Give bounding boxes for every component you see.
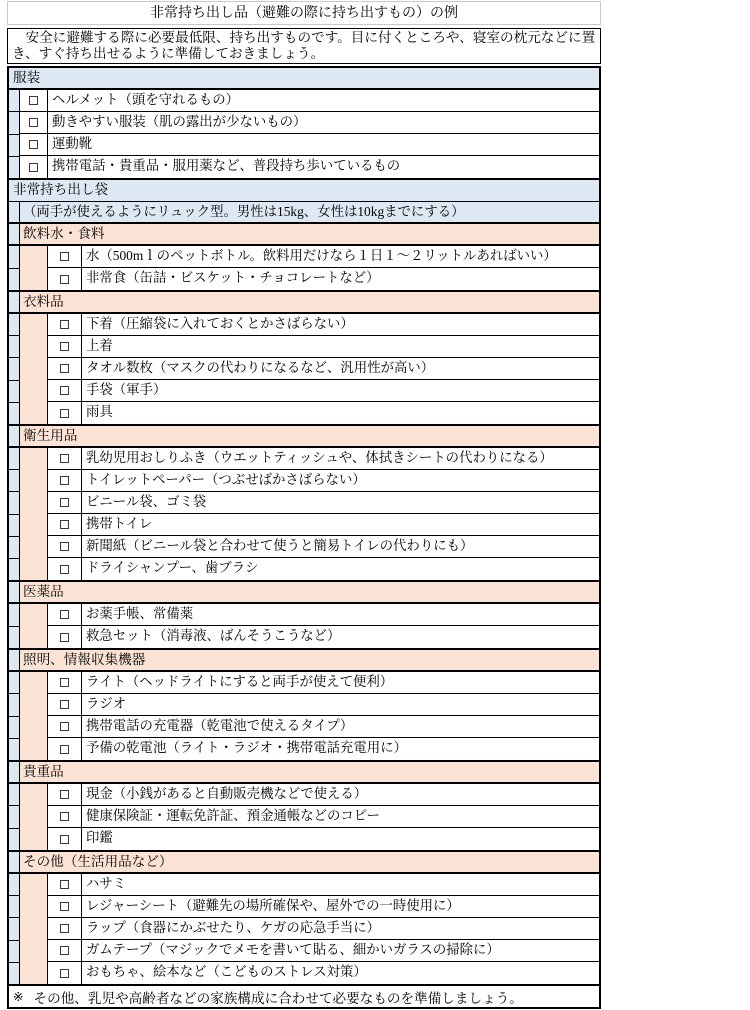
checklist-item-row: 新聞紙（ビニール袋と合わせて使うと簡易トイレの代わりにも） <box>48 536 599 558</box>
checkbox-cell <box>48 896 82 917</box>
checkbox-cell <box>20 156 48 178</box>
checkbox-cell <box>48 492 82 513</box>
strip-segment <box>9 112 19 134</box>
checklist-item-row: トイレットペーパー（つぶせばかさばらない） <box>48 470 599 492</box>
subsection-header: 飲料水・食料 <box>9 224 599 246</box>
checklist-item-row: 雨具 <box>48 402 599 424</box>
subsection-color-strip <box>20 874 48 984</box>
checklist-item-row: ラップ（食器にかぶせたり、ケガの応急手当に） <box>48 918 599 940</box>
checkbox-cell <box>48 314 82 335</box>
checklist-item-row: おもちゃ、絵本など（こどものストレス対策） <box>48 962 599 984</box>
item-label: 携帯電話・貴重品・服用薬など、普段持ち歩いているもの <box>48 156 599 178</box>
checklist-item-row: レジャーシート（避難先の場所確保や、屋外での一時使用に） <box>48 896 599 918</box>
section-color-strip <box>9 314 20 424</box>
strip-segment <box>9 717 19 739</box>
subsection-header: 医薬品 <box>9 582 599 604</box>
item-label: 非常食（缶詰・ビスケット・チョコレートなど） <box>82 268 599 290</box>
checkbox-cell <box>48 380 82 401</box>
strip-segment <box>9 314 19 336</box>
checklist-item-row: ラジオ <box>48 694 599 716</box>
checkbox-cell <box>48 448 82 469</box>
checklist-item-row: ガムテープ（マジックでメモを書いて貼る、細かいガラスの掃除に） <box>48 940 599 962</box>
section-items-block: ヘルメット（頭を守れるもの）動きやすい服装（肌の露出が少ないもの）運動靴携帯電話… <box>9 90 599 180</box>
checkbox-cell <box>48 716 82 737</box>
subsection-label: 貴重品 <box>20 762 599 782</box>
item-rows: 乳幼児用おしりふき（ウエットティッシュや、体拭きシートの代わりになる）トイレット… <box>48 448 599 580</box>
strip-segment <box>9 157 19 178</box>
item-label: 下着（圧縮袋に入れておくとかさばらない） <box>82 314 599 335</box>
checkbox-cell <box>48 626 82 648</box>
strip-segment <box>9 604 19 627</box>
strip-segment <box>9 336 19 358</box>
checkbox-icon[interactable] <box>60 320 69 329</box>
section-color-strip <box>9 762 20 782</box>
item-label: レジャーシート（避難先の場所確保や、屋外での一時使用に） <box>82 896 599 917</box>
section-note-text: （両手が使えるようにリュック型。男性は15kg、女性は10kgまでにする） <box>20 202 599 222</box>
checkbox-icon[interactable] <box>60 498 69 507</box>
document-page: 非常持ち出し品（避難の際に持ち出すもの）の例 安全に避難する際に必要最低限、持ち… <box>7 1 601 1009</box>
footnote-marker-icon: ※ <box>13 989 23 1005</box>
checkbox-icon[interactable] <box>60 969 69 978</box>
item-rows: お薬手帳、常備薬救急セット（消毒液、ばんそうこうなど） <box>48 604 599 648</box>
checklist-item-row: 携帯電話・貴重品・服用薬など、普段持ち歩いているもの <box>20 156 599 178</box>
subsection-color-strip <box>20 448 48 580</box>
strip-segment <box>9 672 19 694</box>
strip-segment <box>9 739 19 760</box>
item-label: 水（500mｌのペットボトル。飲料用だけなら１日１～２リットルあればいい） <box>82 246 599 267</box>
checklist-item-row: ヘルメット（頭を守れるもの） <box>20 90 599 112</box>
strip-segment <box>9 381 19 403</box>
section-color-strip <box>9 224 20 244</box>
checklist-item-row: ハサミ <box>48 874 599 896</box>
subsection-header: 貴重品 <box>9 762 599 784</box>
item-label: 新聞紙（ビニール袋と合わせて使うと簡易トイレの代わりにも） <box>82 536 599 557</box>
checkbox-icon[interactable] <box>60 610 69 619</box>
section-color-strip <box>9 292 20 312</box>
section-color-strip <box>9 784 20 850</box>
checkbox-icon[interactable] <box>29 118 38 127</box>
item-label: ビニール袋、ゴミ袋 <box>82 492 599 513</box>
subsection-items-block: ハサミレジャーシート（避難先の場所確保や、屋外での一時使用に）ラップ（食器にかぶ… <box>9 874 599 984</box>
checklist-item-row: 携帯電話の充電器（乾電池で使えるタイプ） <box>48 716 599 738</box>
checkbox-cell <box>20 90 48 111</box>
subsection-color-strip <box>20 672 48 760</box>
subsection-label: 医薬品 <box>20 582 599 602</box>
strip-segment <box>9 515 19 537</box>
checklist-item-row: 手袋（軍手） <box>48 380 599 402</box>
item-label: ハサミ <box>82 874 599 895</box>
checklist-item-row: ドライシャンプー、歯ブラシ <box>48 558 599 580</box>
checkbox-icon[interactable] <box>29 96 38 105</box>
subsection-color-strip <box>20 246 48 290</box>
subsection-label: 衛生用品 <box>20 426 599 446</box>
checkbox-cell <box>48 806 82 827</box>
checklist-item-row: 下着（圧縮袋に入れておくとかさばらない） <box>48 314 599 336</box>
checkbox-icon[interactable] <box>60 924 69 933</box>
item-label: ラップ（食器にかぶせたり、ケガの応急手当に） <box>82 918 599 939</box>
item-label: 印鑑 <box>82 828 599 850</box>
item-label: ガムテープ（マジックでメモを書いて貼る、細かいガラスの掃除に） <box>82 940 599 961</box>
item-label: 健康保険証・運転免許証、預金通帳などのコピー <box>82 806 599 827</box>
checklist-item-row: お薬手帳、常備薬 <box>48 604 599 626</box>
subsection-items-block: ライト（ヘッドライトにすると両手が使えて便利）ラジオ携帯電話の充電器（乾電池で使… <box>9 672 599 762</box>
checkbox-cell <box>48 246 82 267</box>
checkbox-cell <box>48 784 82 805</box>
checkbox-cell <box>48 558 82 580</box>
subsection-items-block: 下着（圧縮袋に入れておくとかさばらない）上着タオル数枚（マスクの代わりになるなど… <box>9 314 599 426</box>
strip-segment <box>9 829 19 850</box>
strip-segment <box>9 874 19 896</box>
checkbox-icon[interactable] <box>60 700 69 709</box>
strip-segment <box>9 492 19 514</box>
checklist-item-row: 予備の乾電池（ライト・ラジオ・携帯電話充電用に） <box>48 738 599 760</box>
checkbox-icon[interactable] <box>60 364 69 373</box>
checklist-item-row: タオル数枚（マスクの代わりになるなど、汎用性が高い） <box>48 358 599 380</box>
checkbox-icon[interactable] <box>60 342 69 351</box>
checkbox-icon[interactable] <box>29 140 38 149</box>
item-label: ドライシャンプー、歯ブラシ <box>82 558 599 580</box>
checkbox-cell <box>48 874 82 895</box>
strip-segment <box>9 537 19 559</box>
subsection-label: その他（生活用品など） <box>20 852 599 872</box>
strip-segment <box>9 403 19 424</box>
strip-segment <box>9 941 19 963</box>
section-color-strip <box>9 426 20 446</box>
section-color-strip <box>9 604 20 648</box>
checklist-item-row: 救急セット（消毒液、ばんそうこうなど） <box>48 626 599 648</box>
item-rows: 水（500mｌのペットボトル。飲料用だけなら１日１～２リットルあればいい）非常食… <box>48 246 599 290</box>
subsection-label: 照明、情報収集機器 <box>20 650 599 670</box>
footnote-text: その他、乳児や高齢者などの家族構成に合わせて必要なものを準備しましょう。 <box>33 987 522 1007</box>
checklist-item-row: ビニール袋、ゴミ袋 <box>48 492 599 514</box>
item-label: 動きやすい服装（肌の露出が少ないもの） <box>48 112 599 133</box>
strip-segment <box>9 90 19 112</box>
item-label: 手袋（軍手） <box>82 380 599 401</box>
subsection-header: 照明、情報収集機器 <box>9 650 599 672</box>
item-label: 上着 <box>82 336 599 357</box>
strip-segment <box>9 963 19 984</box>
checklist-item-row: 乳幼児用おしりふき（ウエットティッシュや、体拭きシートの代わりになる） <box>48 448 599 470</box>
checklist-item-row: 現金（小銭があると自動販売機などで使える） <box>48 784 599 806</box>
checklist-item-row: 非常食（缶詰・ビスケット・チョコレートなど） <box>48 268 599 290</box>
subsection-items-block: 水（500mｌのペットボトル。飲料用だけなら１日１～２リットルあればいい）非常食… <box>9 246 599 292</box>
checkbox-cell <box>48 470 82 491</box>
subsection-header: 衣料品 <box>9 292 599 314</box>
checklist-item-row: 上着 <box>48 336 599 358</box>
strip-segment <box>9 448 19 470</box>
checkbox-icon[interactable] <box>60 565 69 574</box>
item-label: 救急セット（消毒液、ばんそうこうなど） <box>82 626 599 648</box>
strip-segment <box>9 135 19 157</box>
item-label: 乳幼児用おしりふき（ウエットティッシュや、体拭きシートの代わりになる） <box>82 448 599 469</box>
section-color-strip <box>9 582 20 602</box>
checkbox-cell <box>48 828 82 850</box>
checkbox-icon[interactable] <box>60 946 69 955</box>
checkbox-cell <box>48 536 82 557</box>
checklist-item-row: 水（500mｌのペットボトル。飲料用だけなら１日１～２リットルあればいい） <box>48 246 599 268</box>
section-color-strip <box>9 874 20 984</box>
checkbox-icon[interactable] <box>60 542 69 551</box>
checklist-item-row: 運動靴 <box>20 134 599 156</box>
item-label: 携帯電話の充電器（乾電池で使えるタイプ） <box>82 716 599 737</box>
strip-segment <box>9 627 19 649</box>
item-label: 雨具 <box>82 402 599 424</box>
item-rows: ハサミレジャーシート（避難先の場所確保や、屋外での一時使用に）ラップ（食器にかぶ… <box>48 874 599 984</box>
strip-segment <box>9 918 19 940</box>
strip-segment <box>9 358 19 380</box>
item-label: ヘルメット（頭を守れるもの） <box>48 90 599 111</box>
checkbox-icon[interactable] <box>60 880 69 889</box>
strip-segment <box>9 470 19 492</box>
subsection-color-strip <box>20 314 48 424</box>
checkbox-icon[interactable] <box>29 163 38 172</box>
subsection-label: 飲料水・食料 <box>20 224 599 244</box>
subsection-label: 衣料品 <box>20 292 599 312</box>
item-label: ラジオ <box>82 694 599 715</box>
checkbox-cell <box>48 962 82 984</box>
checkbox-icon[interactable] <box>60 722 69 731</box>
page-title: 非常持ち出し品（避難の際に持ち出すもの）の例 <box>7 1 601 25</box>
checkbox-icon[interactable] <box>60 454 69 463</box>
checkbox-cell <box>48 940 82 961</box>
item-label: 予備の乾電池（ライト・ラジオ・携帯電話充電用に） <box>82 738 599 760</box>
strip-segment <box>9 269 19 291</box>
description-box: 安全に避難する際に必要最低限、持ち出すものです。目に付くところや、寝室の枕元など… <box>7 28 601 64</box>
checkbox-icon[interactable] <box>60 835 69 844</box>
item-label: ライト（ヘッドライトにすると両手が使えて便利） <box>82 672 599 693</box>
section-header: 服装 <box>9 68 599 90</box>
checkbox-icon[interactable] <box>60 520 69 529</box>
checkbox-icon[interactable] <box>60 275 69 284</box>
subsection-items-block: お薬手帳、常備薬救急セット（消毒液、ばんそうこうなど） <box>9 604 599 650</box>
item-label: おもちゃ、絵本など（こどものストレス対策） <box>82 962 599 984</box>
checklist-item-row: 動きやすい服装（肌の露出が少ないもの） <box>20 112 599 134</box>
description-text: 安全に避難する際に必要最低限、持ち出すものです。目に付くところや、寝室の枕元など… <box>12 30 596 61</box>
subsection-header: 衛生用品 <box>9 426 599 448</box>
checkbox-icon[interactable] <box>60 745 69 754</box>
item-label: 携帯トイレ <box>82 514 599 535</box>
checkbox-cell <box>48 336 82 357</box>
section-color-strip <box>9 448 20 580</box>
checkbox-cell <box>20 112 48 133</box>
checkbox-cell <box>48 268 82 290</box>
section-color-strip <box>9 202 20 222</box>
checkbox-cell <box>48 918 82 939</box>
checkbox-cell <box>48 514 82 535</box>
checkbox-icon[interactable] <box>60 633 69 642</box>
checkbox-icon[interactable] <box>60 386 69 395</box>
footnote-row: ※ その他、乳児や高齢者などの家族構成に合わせて必要なものを準備しましょう。 <box>7 984 601 1009</box>
item-rows: ヘルメット（頭を守れるもの）動きやすい服装（肌の露出が少ないもの）運動靴携帯電話… <box>20 90 599 178</box>
subsection-color-strip <box>20 784 48 850</box>
checkbox-icon[interactable] <box>60 476 69 485</box>
checklist-item-row: 健康保険証・運転免許証、預金通帳などのコピー <box>48 806 599 828</box>
item-label: 運動靴 <box>48 134 599 155</box>
item-label: お薬手帳、常備薬 <box>82 604 599 625</box>
checkbox-cell <box>48 358 82 379</box>
checkbox-cell <box>20 134 48 155</box>
item-rows: 下着（圧縮袋に入れておくとかさばらない）上着タオル数枚（マスクの代わりになるなど… <box>48 314 599 424</box>
section-note-row: （両手が使えるようにリュック型。男性は15kg、女性は10kgまでにする） <box>9 202 599 224</box>
item-rows: 現金（小銭があると自動販売機などで使える）健康保険証・運転免許証、預金通帳などの… <box>48 784 599 850</box>
checklist-item-row: 携帯トイレ <box>48 514 599 536</box>
section-color-strip <box>9 852 20 872</box>
item-label: トイレットペーパー（つぶせばかさばらない） <box>82 470 599 491</box>
section-color-strip <box>9 672 20 760</box>
subsection-color-strip <box>20 604 48 648</box>
checkbox-icon[interactable] <box>60 678 69 687</box>
section-color-strip <box>9 90 20 178</box>
strip-segment <box>9 559 19 580</box>
checkbox-icon[interactable] <box>60 252 69 261</box>
subsection-header: その他（生活用品など） <box>9 852 599 874</box>
subsection-items-block: 乳幼児用おしりふき（ウエットティッシュや、体拭きシートの代わりになる）トイレット… <box>9 448 599 582</box>
item-label: タオル数枚（マスクの代わりになるなど、汎用性が高い） <box>82 358 599 379</box>
checkbox-cell <box>48 604 82 625</box>
checklist-item-row: 印鑑 <box>48 828 599 850</box>
section-header: 非常持ち出し袋 <box>9 180 599 202</box>
checkbox-icon[interactable] <box>60 409 69 418</box>
checklist-table: 服装ヘルメット（頭を守れるもの）動きやすい服装（肌の露出が少ないもの）運動靴携帯… <box>7 66 601 986</box>
checkbox-cell <box>48 672 82 693</box>
checklist-item-row: ライト（ヘッドライトにすると両手が使えて便利） <box>48 672 599 694</box>
strip-segment <box>9 246 19 269</box>
strip-segment <box>9 694 19 716</box>
section-color-strip <box>9 246 20 290</box>
item-label: 現金（小銭があると自動販売機などで使える） <box>82 784 599 805</box>
strip-segment <box>9 784 19 806</box>
checkbox-cell <box>48 402 82 424</box>
checkbox-cell <box>48 694 82 715</box>
subsection-items-block: 現金（小銭があると自動販売機などで使える）健康保険証・運転免許証、預金通帳などの… <box>9 784 599 852</box>
checkbox-cell <box>48 738 82 760</box>
strip-segment <box>9 806 19 828</box>
checkbox-icon[interactable] <box>60 812 69 821</box>
checkbox-icon[interactable] <box>60 902 69 911</box>
strip-segment <box>9 896 19 918</box>
section-color-strip <box>9 650 20 670</box>
checkbox-icon[interactable] <box>60 790 69 799</box>
item-rows: ライト（ヘッドライトにすると両手が使えて便利）ラジオ携帯電話の充電器（乾電池で使… <box>48 672 599 760</box>
